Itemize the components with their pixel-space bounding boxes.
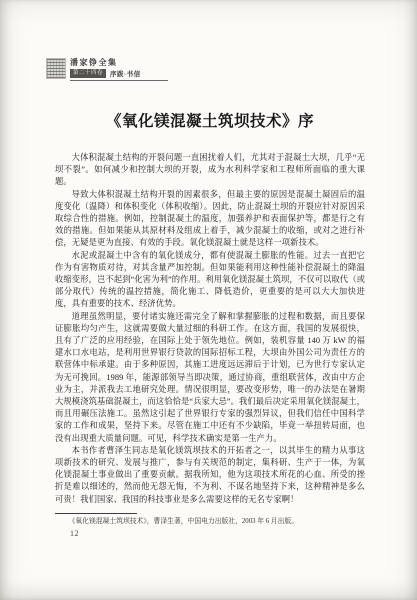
volume-subtitle: 序跋·书信 [110,69,141,78]
body-paragraph-5: 本书作者曹泽生同志是氧化镁筑坝技术的开拓者之一，以其毕生的精力从事这项新技术的研… [55,445,365,506]
book-page: 潘家铮全集 第二十四卷 序跋·书信 《氧化镁混凝土筑坝技术》序 大体积混凝土结构… [0,0,417,600]
body-paragraph-2: 导致大体积混凝土结构开裂的因素很多，但最主要的原因是混凝土凝固后的温度变化（温降… [55,189,365,250]
body-paragraph-4: 道理虽然明显，要付诸实施还需完全了解和掌握膨胀的过程和数据，而且要保证膨胀均匀产… [55,311,365,445]
series-title: 潘家铮全集 [70,58,168,68]
body-paragraph-3: 水泥或混凝土中含有的氧化镁成分，都有使混凝土膨胀的性能。过去一直把它作为有害物质… [55,250,365,311]
footnote-divider [55,513,137,514]
article: 《氧化镁混凝土筑坝技术》序 大体积混凝土结构的开裂问题一直困扰着人们，尤其对于混… [55,109,365,526]
footnote-text: 《氧化镁混凝土筑坝技术》，曹泽生著，中国电力出版社，2003 年 6 月出版。 [55,517,365,527]
footnote: 《氧化镁混凝土筑坝技术》，曹泽生著，中国电力出版社，2003 年 6 月出版。 [55,513,365,527]
series-info: 潘家铮全集 第二十四卷 序跋·书信 [70,58,168,81]
volume-badge: 第二十四卷 [70,69,106,78]
page-number: 12 [70,529,79,538]
article-body: 大体积混凝土结构的开裂问题一直困扰着人们，尤其对于混凝土大坝，几乎“无坝不裂”。… [55,152,365,506]
page-title: 《氧化镁混凝土筑坝技术》序 [55,109,365,131]
publisher-logo [47,59,65,78]
volume-row: 第二十四卷 序跋·书信 [70,68,168,81]
body-paragraph-1: 大体积混凝土结构的开裂问题一直困扰着人们，尤其对于混凝土大坝，几乎“无坝不裂”。… [55,152,365,189]
running-head: 潘家铮全集 第二十四卷 序跋·书信 [47,58,168,81]
